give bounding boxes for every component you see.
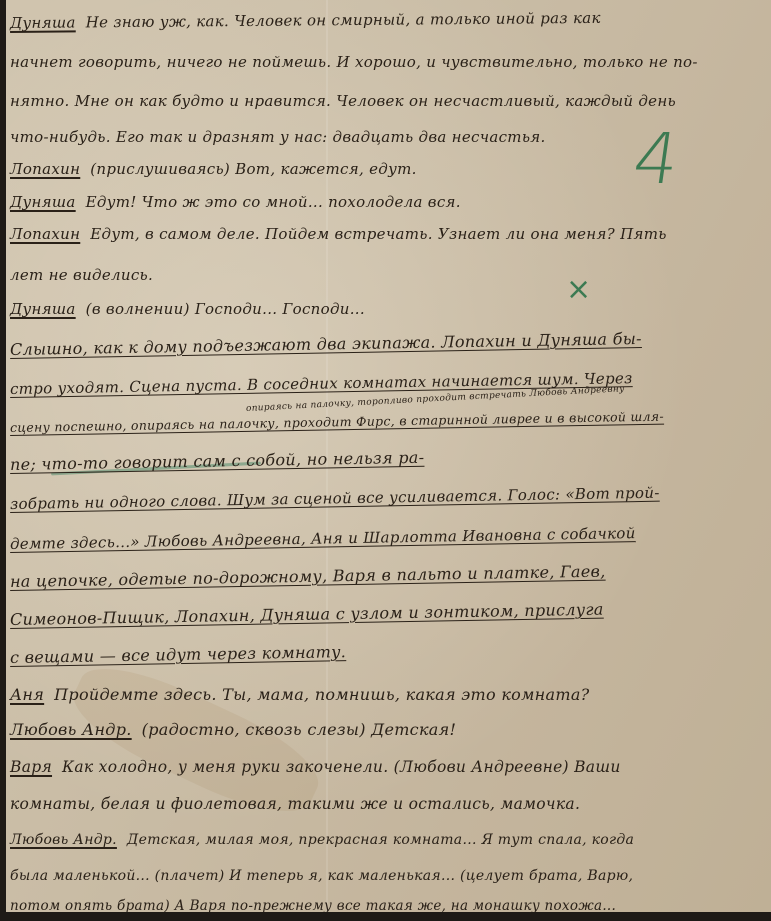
manuscript-line: лет не виделись. [10, 266, 153, 284]
manuscript-line: нятно. Мне он как будто и нравится. Чело… [10, 92, 676, 110]
stage-direction-line: Симеонов-Пищик, Лопахин, Дуняша с узлом … [10, 600, 604, 629]
stage-direction-line: пе; что-то говорит сам с собой, но нельз… [10, 448, 425, 474]
manuscript-line: ДуняшаНе знаю уж, как. Человек он смирны… [10, 9, 601, 32]
manuscript-line: начнет говорить, ничего не поймешь. И хо… [10, 53, 698, 71]
stage-direction-line: зобрать ни одного слова. Шум за сценой в… [10, 484, 660, 513]
manuscript-line: потом опять брата) А Варя по-прежнему вс… [10, 898, 616, 912]
manuscript-line: ДуняшаЕдут! Что ж это со мной... похолод… [10, 193, 461, 211]
manuscript-page: 4 × ДуняшаНе знаю уж, как. Человек он см… [6, 0, 771, 912]
manuscript-line: комнаты, белая и фиолетовая, такими же и… [10, 795, 580, 813]
manuscript-line: Дуняша(в волнении) Господи... Господи... [10, 300, 365, 318]
manuscript-line: ВаряКак холодно, у меня руки закоченели.… [10, 758, 621, 776]
manuscript-line: что-нибудь. Его так и дразнят у нас: два… [10, 128, 546, 146]
manuscript-line: Любовь Андр.Детская, милая моя, прекрасн… [10, 832, 634, 848]
stage-direction-line: сцену поспешно, опираясь на палочку, про… [10, 409, 664, 435]
manuscript-line: ЛопахинЕдут, в самом деле. Пойдем встреч… [10, 225, 667, 243]
page-number-mark: 4 [628, 118, 684, 200]
stage-direction-line: демте здесь...» Любовь Андреевна, Аня и … [10, 524, 636, 553]
manuscript-line: была маленькой... (плачет) И теперь я, к… [10, 868, 633, 884]
stage-direction-line: с вещами — все идут через комнату. [10, 642, 346, 667]
manuscript-line: АняПройдемте здесь. Ты, мама, помнишь, к… [10, 685, 590, 704]
manuscript-line: Любовь Андр.(радостно, сквозь слезы) Дет… [10, 720, 456, 739]
manuscript-line: Лопахин(прислушиваясь) Вот, кажется, еду… [10, 160, 417, 178]
stage-direction-line: на цепочке, одетые по-дорожному, Варя в … [10, 562, 606, 591]
cross-mark: × [566, 272, 591, 307]
